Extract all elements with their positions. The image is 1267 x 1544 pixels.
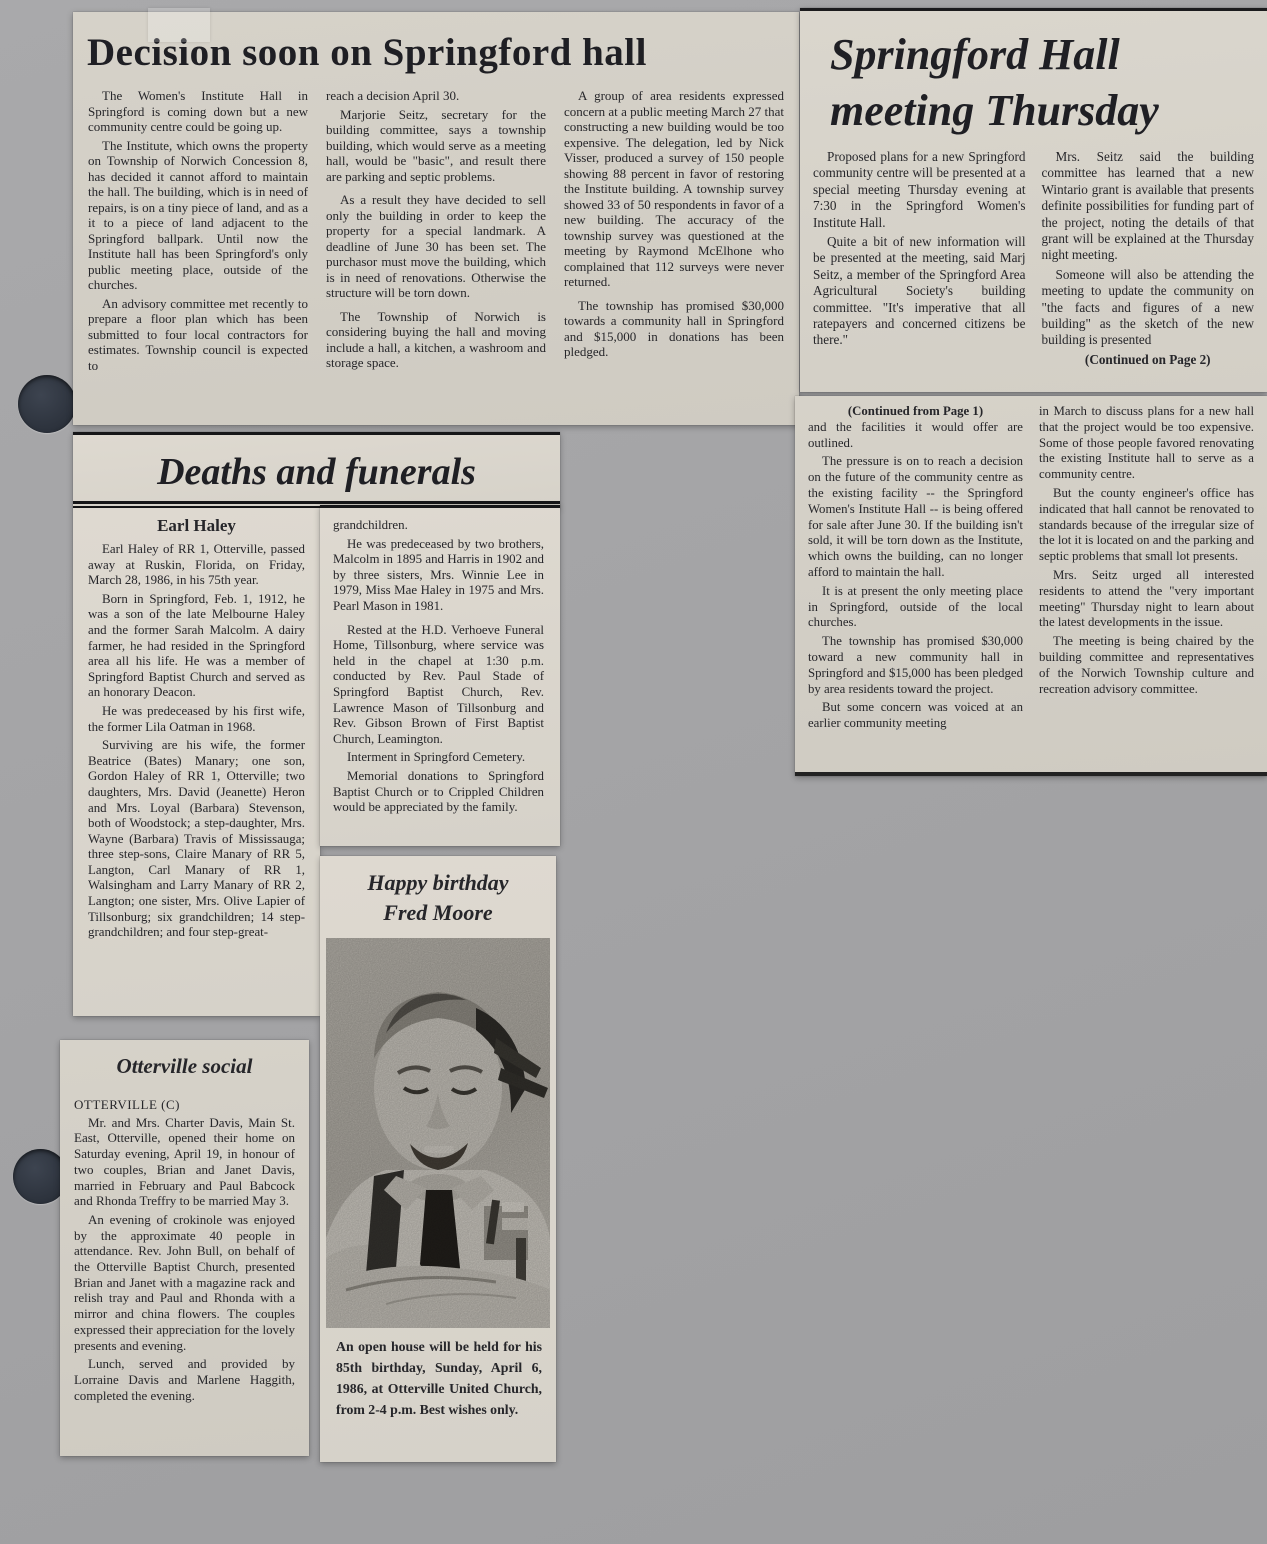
article-column: A group of area residents expressed conc… [564, 88, 784, 376]
article-paragraph: A group of area residents expressed conc… [564, 88, 784, 290]
article-paragraph: Earl Haley of RR 1, Otterville, passed a… [88, 542, 305, 589]
clipping-meeting-article: Springford Hall meeting Thursday Propose… [800, 8, 1267, 392]
article-paragraph: He was predeceased by his first wife, th… [88, 704, 305, 735]
birthday-headline: Happy birthday Fred Moore [326, 868, 550, 928]
deaths-funerals-header: Deaths and funerals [73, 432, 560, 508]
clipping-continued-article: (Continued from Page 1) and the faciliti… [795, 396, 1267, 776]
article-paragraph: Mrs. Seitz said the building committee h… [1042, 149, 1255, 264]
article-paragraph: An evening of crokinole was enjoyed by t… [74, 1212, 295, 1353]
article-paragraph: The Women's Institute Hall in Springford… [88, 88, 308, 135]
article-column: OTTERVILLE (C) Mr. and Mrs. Charter Davi… [74, 1097, 295, 1403]
article-column: in March to discuss plans for a new hall… [1039, 404, 1254, 735]
headline-line: Springford Hall [830, 27, 1257, 83]
fred-moore-photo [326, 938, 550, 1328]
article-paragraph: The Institute, which owns the property o… [88, 138, 308, 293]
decision-columns: The Women's Institute Hall in Springford… [73, 88, 799, 376]
article-paragraph: and the facilities it would offer are ou… [808, 420, 1023, 452]
article-paragraph: The Township of Norwich is considering b… [326, 309, 546, 371]
tape-mark [148, 8, 210, 42]
meeting-headline: Springford Hall meeting Thursday [830, 27, 1257, 139]
article-paragraph: Surviving are his wife, the former Beatr… [88, 738, 305, 941]
article-paragraph: The pressure is on to reach a decision o… [808, 454, 1023, 580]
article-column: (Continued from Page 1) and the faciliti… [808, 404, 1023, 735]
photo-caption: An open house will be held for his 85th … [320, 1328, 556, 1420]
obituary-name: Earl Haley [88, 516, 305, 536]
article-paragraph: He was predeceased by two brothers, Malc… [333, 537, 544, 615]
article-paragraph: Lunch, served and provided by Lorraine D… [74, 1356, 295, 1403]
article-paragraph: Mrs. Seitz urged all interested resident… [1039, 568, 1254, 631]
article-column: Earl Haley of RR 1, Otterville, passed a… [88, 542, 305, 941]
article-paragraph: Born in Springford, Feb. 1, 1912, he was… [88, 592, 305, 701]
article-paragraph: Marjorie Seitz, secretary for the buildi… [326, 107, 546, 185]
article-paragraph: Quite a bit of new information will be p… [813, 234, 1026, 349]
clipping-happy-birthday: Happy birthday Fred Moore [320, 856, 556, 1462]
headline-line: Happy birthday [326, 868, 550, 898]
article-paragraph: But the county engineer's office has ind… [1039, 486, 1254, 565]
article-paragraph: Someone will also be attending the meeti… [1042, 267, 1255, 349]
article-paragraph: The township has promised $30,000 toward… [808, 634, 1023, 697]
article-paragraph: The meeting is being chaired by the buil… [1039, 634, 1254, 697]
article-paragraph: Memorial donations to Springford Baptist… [333, 769, 544, 816]
article-paragraph: Rested at the H.D. Verhoeve Funeral Home… [333, 623, 544, 748]
scrapbook-page: Decision soon on Springford hall The Wom… [0, 0, 1267, 1544]
dateline: OTTERVILLE (C) [74, 1097, 295, 1113]
clipping-decision-article: Decision soon on Springford hall The Wom… [73, 12, 799, 425]
article-column: Proposed plans for a new Springford comm… [813, 149, 1026, 368]
article-paragraph: Mr. and Mrs. Charter Davis, Main St. Eas… [74, 1115, 295, 1209]
continued-from-note: (Continued from Page 1) [808, 404, 1023, 420]
article-paragraph: As a result they have decided to sell on… [326, 192, 546, 301]
article-paragraph: Proposed plans for a new Springford comm… [813, 149, 1026, 231]
article-paragraph: reach a decision April 30. [326, 88, 546, 104]
clipping-otterville-social: Otterville social OTTERVILLE (C) Mr. and… [60, 1040, 309, 1456]
article-paragraph: in March to discuss plans for a new hall… [1039, 404, 1254, 483]
otterville-headline: Otterville social [74, 1054, 295, 1079]
article-column: Mrs. Seitz said the building committee h… [1042, 149, 1255, 368]
hole-punch-top [18, 375, 76, 433]
continued-note: (Continued on Page 2) [1042, 352, 1255, 368]
headline-line: Fred Moore [326, 898, 550, 928]
article-column: grandchildren. He was predeceased by two… [333, 518, 544, 816]
clipping-obituary-column-2: grandchildren. He was predeceased by two… [320, 505, 560, 846]
deaths-headline: Deaths and funerals [157, 450, 476, 494]
article-paragraph: But some concern was voiced at an earlie… [808, 700, 1023, 732]
article-paragraph: An advisory committee met recently to pr… [88, 296, 308, 374]
clipping-obituary-column-1: Earl Haley Earl Haley of RR 1, Ottervill… [73, 508, 320, 1016]
article-paragraph: It is at present the only meeting place … [808, 584, 1023, 631]
article-column: The Women's Institute Hall in Springford… [88, 88, 308, 376]
continued-columns: (Continued from Page 1) and the faciliti… [795, 396, 1267, 735]
article-paragraph: Interment in Springford Cemetery. [333, 750, 544, 766]
headline-line: meeting Thursday [830, 83, 1257, 139]
article-paragraph: grandchildren. [333, 518, 544, 534]
meeting-columns: Proposed plans for a new Springford comm… [800, 149, 1267, 368]
article-paragraph: The township has promised $30,000 toward… [564, 298, 784, 360]
article-column: reach a decision April 30. Marjorie Seit… [326, 88, 546, 376]
